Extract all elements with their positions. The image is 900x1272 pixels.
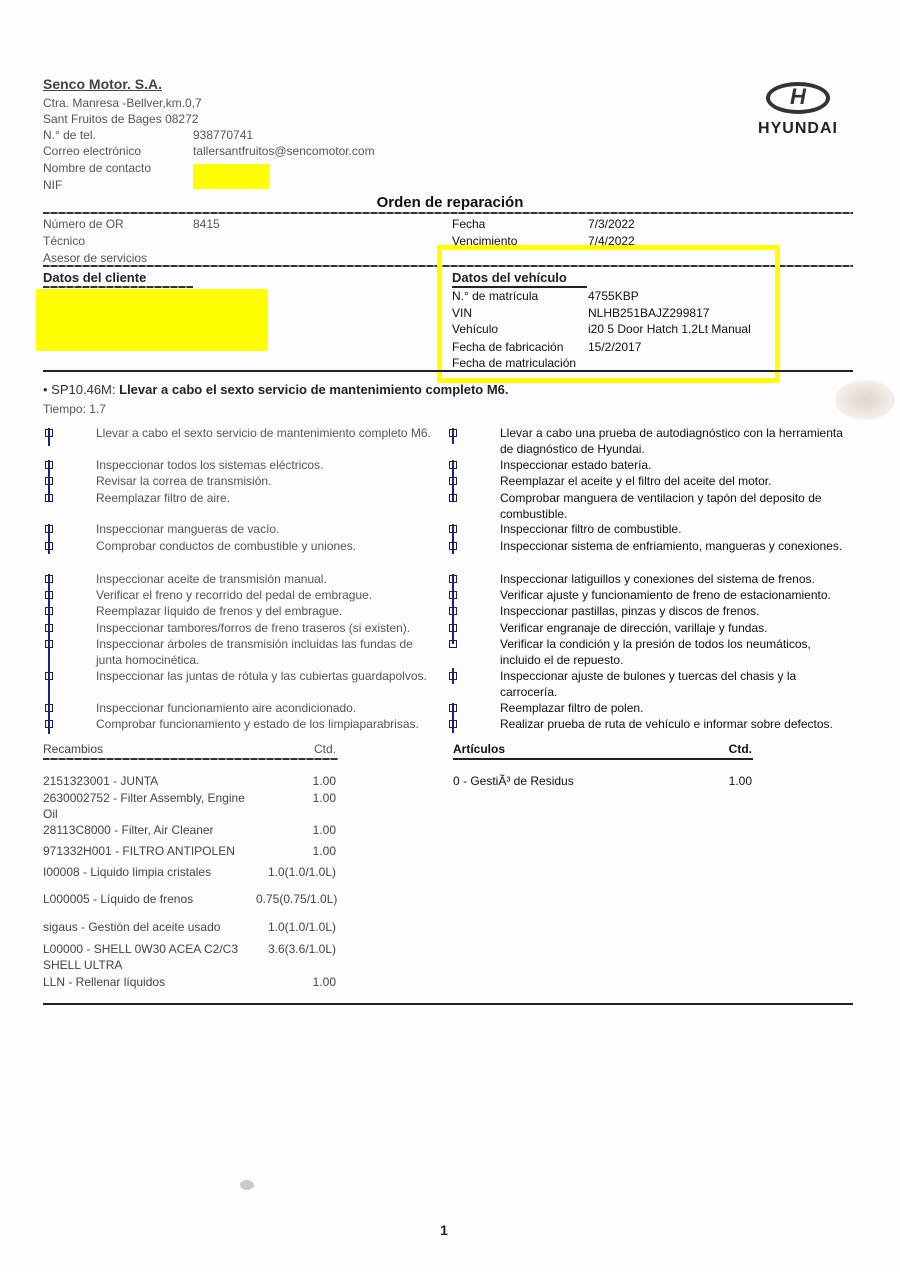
task-item: Verificar la condición y la presión de t… <box>500 636 845 668</box>
task-item: Inspeccionar mangueras de vacío. <box>96 521 441 537</box>
phone-label: N.° de tel. <box>43 127 96 143</box>
company-address-line2: Sant Fruitos de Bages 08272 <box>43 111 198 127</box>
part-desc: LLN - Rellenar líquidos <box>43 974 253 990</box>
service-time: Tiempo: 1.7 <box>43 401 106 417</box>
email-label: Correo electrónico <box>43 143 141 159</box>
article-desc: 0 - GestiÃ³ de Residus <box>453 773 574 789</box>
task-item: Verificar el freno y recorrido del pedal… <box>96 587 441 603</box>
service-code: SP10.46M: <box>51 382 115 397</box>
task-item: Inspeccionar todos los sistemas eléctric… <box>96 457 441 473</box>
divider <box>43 1003 853 1005</box>
hyundai-wordmark: HYUNDAI <box>748 120 848 138</box>
parts-qty-heading: Ctd. <box>260 741 336 757</box>
paper-stain <box>835 380 895 420</box>
part-qty: 1.00 <box>256 974 336 990</box>
task-item: Inspeccionar latiguillos y conexiones de… <box>500 571 845 587</box>
part-desc: L000005 - Líquido de frenos <box>43 891 253 907</box>
pen-mark <box>452 524 454 554</box>
task-item: Inspeccionar filtro de combustible. <box>500 521 845 537</box>
divider <box>43 286 193 288</box>
order-number-value: 8415 <box>193 216 220 232</box>
vehicle-heading: Datos del vehículo <box>452 270 567 285</box>
pen-mark <box>48 703 50 733</box>
part-qty: 1.00 <box>256 843 336 859</box>
pen-mark <box>452 668 454 684</box>
hyundai-logo: H HYUNDAI <box>748 80 848 140</box>
task-item: Realizar prueba de ruta de vehículo e in… <box>500 716 845 732</box>
task-item: Inspeccionar árboles de transmisión incl… <box>96 636 441 668</box>
vin-value: NLHB251BAJZ299817 <box>588 305 709 321</box>
company-name: Senco Motor. S.A. <box>43 76 162 92</box>
task-item: Inspeccionar las juntas de rótula y las … <box>96 668 441 684</box>
task-item: Reemplazar líquido de frenos y del embra… <box>96 603 441 619</box>
email-value: tallersantfruitos@sencomotor.com <box>193 143 375 159</box>
task-item: Llevar a cabo una prueba de autodiagnóst… <box>500 425 845 457</box>
service-header: • SP10.46M: Llevar a cabo el sexto servi… <box>43 382 509 397</box>
task-item: Inspeccionar tambores/forros de freno tr… <box>96 620 441 636</box>
divider <box>43 370 853 372</box>
paper-smudge <box>240 1180 254 1190</box>
task-item: Comprobar manguera de ventilacion y tapó… <box>500 490 845 522</box>
part-qty: 1.00 <box>256 822 336 838</box>
advisor-label: Asesor de servicios <box>43 250 147 266</box>
task-item: Comprobar funcionamiento y estado de los… <box>96 716 441 732</box>
pen-mark <box>48 428 50 446</box>
divider <box>43 212 853 214</box>
article-qty: 1.00 <box>670 773 752 789</box>
task-item: Inspeccionar funcionamiento aire acondic… <box>96 700 441 716</box>
task-item: Reemplazar el aceite y el filtro del ace… <box>500 473 845 489</box>
part-qty: 1.00 <box>256 773 336 789</box>
task-item: Comprobar conductos de combustible y uni… <box>96 538 441 554</box>
part-qty: 3.6(3.6/1.0L) <box>256 941 336 957</box>
order-number-label: Número de OR <box>43 216 124 232</box>
vehicle-label: Vehículo <box>452 321 498 337</box>
task-item: Inspeccionar ajuste de bulones y tuercas… <box>500 668 845 700</box>
task-item: Inspeccionar aceite de transmisión manua… <box>96 571 441 587</box>
part-desc: 971332H001 - FILTRO ANTIPOLEN <box>43 843 253 859</box>
date-value: 7/3/2022 <box>588 216 635 232</box>
task-item: Inspeccionar estado batería. <box>500 457 845 473</box>
divider <box>43 758 338 760</box>
plate-value: 4755KBP <box>588 288 639 304</box>
task-item: Revisar la correa de transmisión. <box>96 473 441 489</box>
nif-label: NIF <box>43 177 62 193</box>
pen-mark <box>452 428 454 444</box>
pen-mark <box>48 460 50 502</box>
divider <box>453 758 753 760</box>
task-item: Llevar a cabo el sexto servicio de mante… <box>96 425 441 441</box>
parts-heading: Recambios <box>43 741 103 757</box>
pen-mark <box>452 460 454 502</box>
part-qty: 1.0(1.0/1.0L) <box>256 919 336 935</box>
document-title: Orden de reparación <box>0 194 900 211</box>
plate-label: N.° de matrícula <box>452 288 538 304</box>
articles-heading: Artículos <box>453 741 505 757</box>
part-desc: 28113C8000 - Filter, Air Cleaner <box>43 822 253 838</box>
articles-qty-heading: Ctd. <box>670 741 752 757</box>
task-item: Verificar engranaje de dirección, varill… <box>500 620 845 636</box>
part-desc: 2630002752 - Filter Assembly, Engine Oil <box>43 790 253 822</box>
part-desc: sigaus - Gestión del aceite usado <box>43 919 253 935</box>
redacted-client-data <box>36 289 268 351</box>
part-desc: L00000 - SHELL 0W30 ACEA C2/C3 SHELL ULT… <box>43 941 253 973</box>
part-desc: 2151323001 - JUNTA <box>43 773 253 789</box>
vin-label: VIN <box>452 305 472 321</box>
part-qty: 1.0(1.0/1.0L) <box>256 864 336 880</box>
pen-mark <box>452 574 454 644</box>
vehicle-value: i20 5 Door Hatch 1.2Lt Manual <box>588 321 751 337</box>
pen-mark <box>452 703 454 733</box>
manufacture-date-value: 15/2/2017 <box>588 339 641 355</box>
manufacture-date-label: Fecha de fabricación <box>452 339 563 355</box>
bullet: • <box>43 382 51 397</box>
task-item: Inspeccionar pastillas, pinzas y discos … <box>500 603 845 619</box>
task-item: Inspeccionar sistema de enfriamiento, ma… <box>500 538 845 554</box>
task-item: Reemplazar filtro de aire. <box>96 490 441 506</box>
date-label: Fecha <box>452 216 485 232</box>
company-address-line1: Ctra. Manresa -Bellver,km.0,7 <box>43 95 202 111</box>
page-number: 1 <box>0 1222 888 1238</box>
phone-value: 938770741 <box>193 127 253 143</box>
client-heading: Datos del cliente <box>43 270 146 285</box>
hyundai-h-mark: H <box>766 84 830 110</box>
redacted-contact <box>193 164 269 189</box>
registration-date-label: Fecha de matriculación <box>452 355 576 371</box>
part-desc: I00008 - Liquido limpia cristales <box>43 864 253 880</box>
service-title: Llevar a cabo el sexto servicio de mante… <box>119 382 508 397</box>
task-item: Verificar ajuste y funcionamiento de fre… <box>500 587 845 603</box>
pen-mark <box>48 524 50 554</box>
part-qty: 1.00 <box>256 790 336 806</box>
part-qty: 0.75(0.75/1.0L) <box>256 891 336 907</box>
contact-label: Nombre de contacto <box>43 160 151 176</box>
task-item: Reemplazar filtro de polen. <box>500 700 845 716</box>
technician-label: Técnico <box>43 233 85 249</box>
